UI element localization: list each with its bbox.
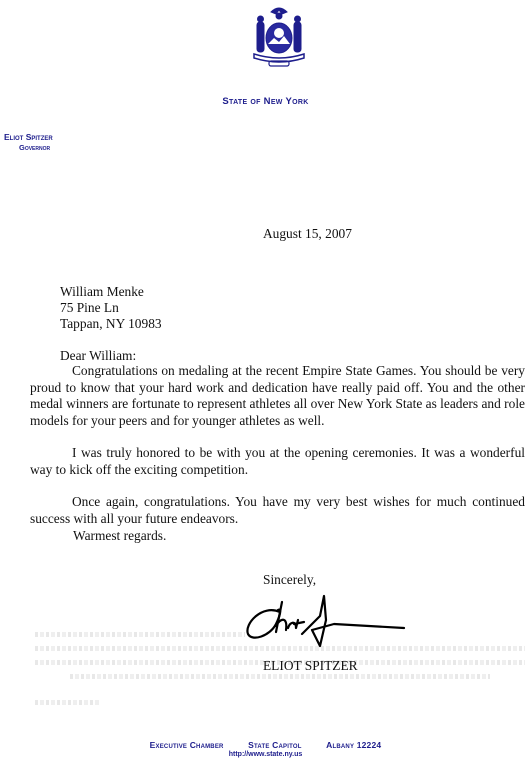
letterhead-footer: Executive Chamber State Capitol Albany 1… [0, 740, 531, 758]
paragraph-3: Once again, congratulations. You have my… [30, 494, 525, 527]
letter-date: August 15, 2007 [263, 226, 352, 242]
paragraph-1: Congratulations on medaling at the recen… [30, 363, 525, 429]
state-title: State of New York [0, 96, 531, 107]
new-york-state-seal-icon [244, 2, 314, 72]
governor-name: Eliot Spitzer [4, 132, 53, 142]
closing-note: Warmest regards. [73, 528, 166, 544]
recipient-name: William Menke [60, 284, 144, 300]
governor-title: Governor [19, 143, 50, 152]
recipient-street: 75 Pine Ln [60, 300, 119, 316]
footer-url[interactable]: http://www.state.ny.us [0, 751, 531, 758]
bleed-through-texture [35, 632, 245, 637]
footer-building: State Capitol [248, 740, 301, 750]
signer-name: ELIOT SPITZER [263, 658, 358, 674]
handwritten-signature-icon [242, 590, 412, 650]
footer-city: Albany 12224 [326, 740, 381, 750]
recipient-city: Tappan, NY 10983 [60, 316, 162, 332]
valediction: Sincerely, [263, 572, 316, 588]
bleed-through-texture [70, 674, 490, 679]
footer-office: Executive Chamber [150, 740, 224, 750]
salutation: Dear William: [60, 348, 136, 364]
paragraph-2: I was truly honored to be with you at th… [30, 445, 525, 478]
bleed-through-texture [35, 700, 100, 705]
